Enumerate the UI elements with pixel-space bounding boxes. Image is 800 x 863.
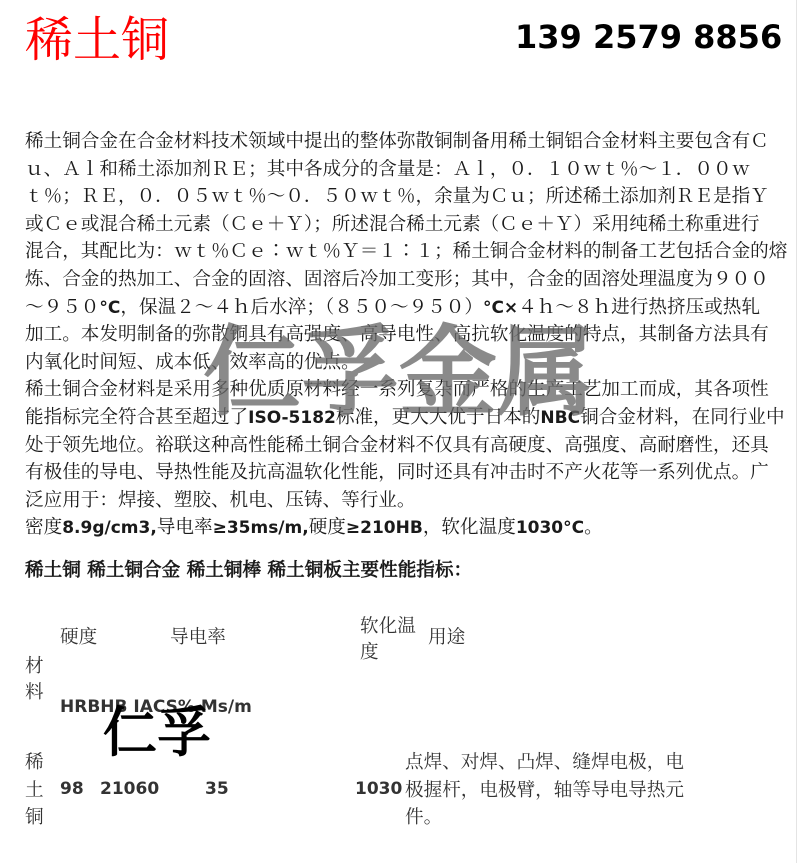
page-title: 稀土铜 <box>25 13 169 67</box>
section-subtitle: 稀土铜 稀土铜合金 稀土铜棒 稀土铜板主要性能指标： <box>25 557 472 585</box>
specs-line: 密度8.9g/cm3,导电率≥35ms/m,硬度≥210HB，软化温度1030°… <box>25 514 787 542</box>
cell-material: 稀土铜 <box>25 749 44 832</box>
header-hardness: 硬度 <box>60 624 97 652</box>
text-segment: 铜合金材料，在同行业中 <box>580 407 785 428</box>
spec-value: ≥35ms/m, <box>213 518 309 538</box>
usage-line: 极握杆，电极臂，轴等导电导热元 <box>405 777 684 805</box>
text-line: 处于领先地位。裕联这种高性能稀土铜合金材料不仅具有高硬度、高强度、高耐磨性，还具 <box>25 432 787 460</box>
cell-usage: 点焊、对焊、凸焊、缝焊电极，电 极握杆，电极臂，轴等导电导热元 件。 <box>405 749 684 832</box>
spec-label: 密度 <box>25 517 62 538</box>
temperature-unit: °C <box>99 298 120 318</box>
spec-value: 1030°C <box>516 518 584 538</box>
watermark-small: 仁孚 <box>103 704 211 762</box>
text-line: 混合，其配比为：ｗｔ％Ｃｅ∶ｗｔ％Ｙ＝１∶１；稀土铜合金材料的制备工艺包括合金的… <box>25 238 787 266</box>
spec-value: 8.9g/cm3, <box>62 518 157 538</box>
text-segment: ，保温２～４ｈ后水淬；（８５０～９５０） <box>120 297 483 318</box>
spec-label: 。 <box>584 517 603 538</box>
phone-number: 139 2579 8856 <box>515 18 782 56</box>
text-line: 稀土铜合金在合金材料技术领域中提出的整体弥散铜制备用稀土铜铝合金材料主要包含有Ｃ <box>25 128 787 156</box>
text-line: 或Ｃｅ或混合稀土元素（Ｃｅ＋Ｙ）；所述混合稀土元素（Ｃｅ＋Ｙ）采用纯稀土称重进行 <box>25 211 787 239</box>
cell-hardness-hrb: 98 <box>60 776 84 804</box>
text-line: ｔ％；ＲＥ，０．０５ｗｔ％～０．５０ｗｔ％，余量为Ｃｕ；所述稀土添加剂ＲＥ是指Ｙ <box>25 183 787 211</box>
right-edge-divider <box>796 0 797 863</box>
usage-line: 件。 <box>405 804 684 832</box>
text-line: 炼、合金的热加工、合金的固溶、固溶后冷加工变形；其中，合金的固溶处理温度为９００ <box>25 266 787 294</box>
header-conductivity: 导电率 <box>170 624 226 652</box>
spec-label: 导电率 <box>157 517 213 538</box>
spec-value: ≥210HB <box>346 518 423 538</box>
cell-hb-iacs: 21060 <box>100 776 159 804</box>
text-line: 泛应用于：焊接、塑胶、机电、压铸、等行业。 <box>25 487 787 515</box>
usage-line: 点焊、对焊、凸焊、缝焊电极，电 <box>405 749 684 777</box>
text-segment: ～９５０ <box>25 297 99 318</box>
header-material: 材料 <box>25 654 44 706</box>
text-segment: ４ｈ～８ｈ进行热挤压或热轧 <box>518 297 760 318</box>
header-softening-temp-line: 度 <box>360 640 416 666</box>
cell-softening-temp: 1030 <box>355 776 402 804</box>
temperature-unit: °C× <box>483 298 518 318</box>
spec-label: ，软化温度 <box>423 517 516 538</box>
cell-conductivity-ms: 35 <box>205 776 229 804</box>
spec-label: 硬度 <box>309 517 346 538</box>
watermark-large: 仁孚金属 <box>203 323 595 423</box>
header-usage: 用途 <box>428 624 465 652</box>
header-softening-temp: 软化温 度 <box>360 614 416 666</box>
header-softening-temp-line: 软化温 <box>360 614 416 640</box>
text-line: 有极佳的导电、导热性能及抗高温软化性能，同时还具有冲击时不产火花等一系列优点。广 <box>25 459 787 487</box>
text-line: ｕ、Ａｌ和稀土添加剂ＲＥ；其中各成分的含量是：Ａｌ，０．１０ｗｔ％～１．００ｗ <box>25 156 787 184</box>
